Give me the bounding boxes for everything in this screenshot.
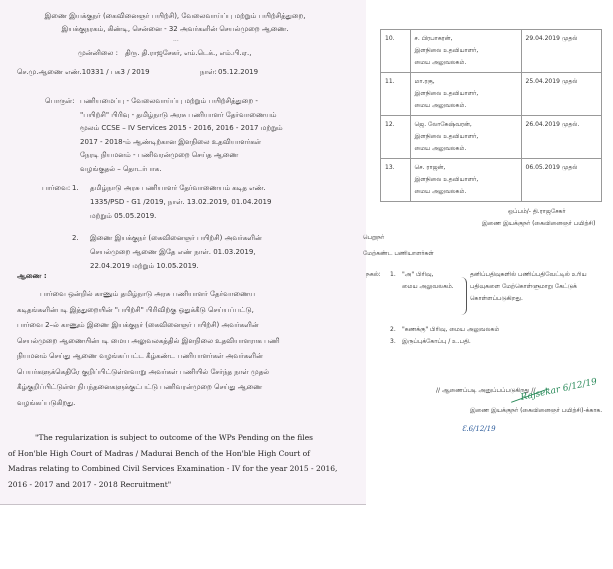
subject-line: மூலம் CCSE – IV Services 2015 - 2016, 20… (80, 124, 283, 133)
order-body-line: செயல்முறை ஆணையின்படி மைய அலுவலகத்தில் இள… (17, 337, 280, 346)
table-row: 11.மா.ரகு,இளநிலை உதவியாளர்,மைய அலுவலகம்.… (381, 73, 602, 116)
employee-name: மா.ரகு,இளநிலை உதவியாளர்,மைய அலுவலகம். (410, 73, 521, 116)
joining-date: 06.05.2019 முதல் (521, 159, 601, 202)
order-number: செ.மு.ஆணை எண்.10331 / பக3 / 2019 (17, 68, 150, 77)
header-line-2: இயக்குநரகம், கிண்டி, சென்னை - 32 அவர்களி… (0, 25, 350, 34)
table-row: 12.ஜெ. லோகேஷ்வரன்,இளநிலை உதவியாளர்,மைய அ… (381, 116, 602, 159)
copy-note-line: கொள்ளப்படுகிறது. (470, 294, 523, 303)
copy-line: "அ" பிரிவு, (402, 270, 434, 279)
table-row: 13.செ. ராஜன்,இளநிலை உதவியாளர்,மைய அலுவலக… (381, 159, 602, 202)
joining-date: 25.04.2019 முதல் (521, 73, 601, 116)
separator: ... (173, 36, 179, 43)
english-condition-line: Madras relating to Combined Civil Servic… (8, 464, 337, 473)
header-line-1: இணை இயக்குநர் (கைவினைஞர் பயிற்சி), வேலைவ… (0, 12, 350, 21)
subject-line: நேரடி நியமனம் - பணிவரன்முறை செய்த ஆணை (80, 151, 238, 160)
order-body-line: நியமனம் செய்து ஆணை வழங்கப்பட்ட கீழ்கண்ட … (17, 352, 263, 361)
copy-label: நகல்: (366, 270, 381, 279)
presence-name: திரு. தி.ராஜசேகர், எம்.டெக்., எம்.பி.ஏ., (125, 49, 252, 58)
signatory-title: இணை இயக்குநர் (கைவினைஞர் பயிற்சி) (482, 219, 595, 228)
reference-line: இணை இயக்குநர் (கைவினைஞர் பயிற்சி) அவர்கள… (90, 234, 262, 243)
order-body-line: பார்வை ஒன்றில் காணும் தமிழ்நாடு அரசு பணி… (40, 290, 255, 299)
initials-signature: Ɛ.6/12/19 (462, 425, 496, 433)
row-number: 11. (381, 73, 411, 116)
forwarded-by: இணை இயக்குநர் (கைவினைஞர் பயிற்சி)-க்காக. (470, 406, 602, 415)
order-body-line: பெயர்களுக்கெதிரே குறிப்பிட்டுள்ளவாறு அவர… (17, 368, 269, 377)
joining-date: 29.04.2019 முதல் (521, 30, 601, 73)
english-condition-line: of Hon'ble High Court of Madras / Madura… (8, 449, 310, 458)
signed-by: ஒப்பம்/- தி.ராஜசேகர் (508, 207, 566, 216)
table-row: 10.ச. பிரபாகரன்,இளநிலை உதவியாளர்,மைய அலு… (381, 30, 602, 73)
subject-label: பொருள்: (45, 97, 74, 106)
employee-name: செ. ராஜன்,இளநிலை உதவியாளர்,மைய அலுவலகம். (410, 159, 521, 202)
reference-number: 1. (72, 184, 79, 193)
brace-bracket (460, 277, 467, 315)
employee-name: ஜெ. லோகேஷ்வரன்,இளநிலை உதவியாளர்,மைய அலுவ… (410, 116, 521, 159)
copy-number: 1. (390, 270, 396, 279)
reference-line: 1335/PSD - G1 /2019, நாள். 13.02.2019, 0… (90, 198, 271, 207)
reference-line: செயல்முறை ஆணை இதே எண் நாள். 01.03.2019, (90, 248, 256, 257)
subject-line: வழங்குதல் – தொடர்பாக. (80, 165, 161, 174)
row-number: 10. (381, 30, 411, 73)
joining-date: 26.04.2019 முதல். (521, 116, 601, 159)
staff-table: 10.ச. பிரபாகரன்,இளநிலை உதவியாளர்,மைய அலு… (380, 29, 602, 202)
date-label: நாள்: (200, 68, 217, 77)
recipient-label: பெறுநர் (363, 233, 384, 242)
reference-line: 22.04.2019 மற்றும் 10.05.2019. (90, 262, 199, 271)
order-body-line: பார்வை 2–ல் காணும் இணை இயக்குநர் (கைவினை… (17, 321, 259, 330)
english-condition-line: 2016 - 2017 and 2017 - 2018 Recruitment" (8, 480, 171, 489)
english-condition-line: "The regularization is subject to outcom… (35, 433, 313, 442)
reference-label: பார்வை: (42, 184, 70, 193)
reference-line: தமிழ்நாடு அரசு பணியாளர் தேர்வாணையம் கடித… (90, 184, 266, 193)
employee-name: ச. பிரபாகரன்,இளநிலை உதவியாளர்,மைய அலுவலக… (410, 30, 521, 73)
reference-number: 2. (72, 234, 79, 243)
order-body-line: கடிதங்களின்படி இத்துறையின் "பயிற்சி" பிர… (17, 306, 254, 315)
copy-line: இருப்புக்கோப்பு / உ.பதி. (402, 337, 471, 346)
row-number: 13. (381, 159, 411, 202)
copy-note-line: தனிப்பதிவுகளில் பணிப்பதிவேட்டில் உரிய (470, 270, 587, 279)
copy-number: 3. (390, 337, 396, 346)
copy-line: "கணக்கு" பிரிவு, மைய அலுவலகம் (402, 325, 499, 334)
row-number: 12. (381, 116, 411, 159)
order-body-line: வழங்கப்படுகிறது. (17, 399, 75, 408)
recipients: மேற்கண்ட பணியாளர்கள் (363, 249, 434, 258)
copy-number: 2. (390, 325, 396, 334)
subject-line: 2017 - 2018-ம் ஆண்டிற்கான இளநிலை உதவியாள… (80, 138, 261, 147)
order-date: 05.12.2019 (218, 68, 258, 77)
copy-line: மைய அலுவலகம். (402, 282, 454, 291)
reference-line: மற்றும் 05.05.2019. (90, 212, 156, 221)
copy-note-line: பதிவுகளை மேற்கொள்ளுமாறு கேட்டுக் (470, 282, 577, 291)
subject-line: பணியமைப்பு - வேலைவாய்ப்பு மற்றும் பயிற்ச… (80, 97, 258, 106)
order-body-line: கீழ்குறிப்பிட்டுள்ள நிபந்தனைகளுக்குட்பட்… (17, 383, 262, 392)
subject-line: "பயிற்சி" பிரிவு - தமிழ்நாடு அரசு பணியாள… (80, 111, 276, 120)
presence-label: முன்னிலை : (78, 49, 118, 58)
order-heading: ஆணை : (17, 272, 47, 281)
